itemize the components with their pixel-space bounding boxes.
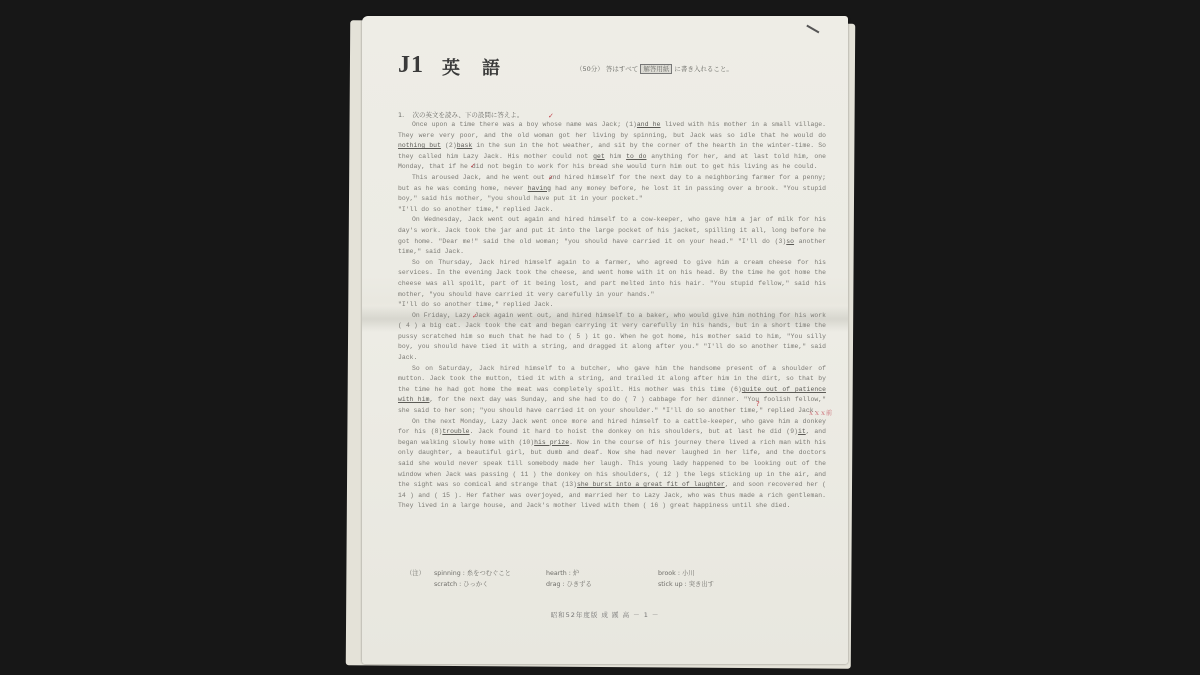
underlined-phrase: his prize (534, 439, 569, 446)
red-question-mark: ? (756, 400, 760, 408)
notes-label: （注） (406, 568, 425, 577)
underlined-phrase: nothing but (398, 142, 441, 149)
note-gloss: 炉 (573, 570, 579, 577)
passage-text: , for the next day was Sunday, and she h… (398, 396, 826, 414)
question-number: 1. (398, 111, 404, 119)
note-entry: brook : 小川 (658, 568, 695, 577)
exam-header: J1 英語 （50分） 答はすべて 解答用紙 に書き入れること。 (398, 52, 838, 82)
passage-text: On Wednesday, Jack went out again and hi… (398, 216, 826, 244)
instruction-prefix: 答はすべて (606, 65, 638, 73)
question-heading: 1. 次の英文を読み、下の設問に答えよ。 (398, 110, 523, 119)
passage-text: So on Thursday, Jack hired himself again… (398, 259, 826, 298)
passage-paragraph: On the next Monday, Lazy Jack went once … (398, 417, 826, 512)
red-check-mark: ✓ (472, 312, 478, 320)
passage-paragraph: This aroused Jack, and he went out and h… (398, 173, 826, 205)
passage-paragraph: On Friday, Lazy Jack again went out, and… (398, 311, 826, 364)
underlined-phrase: and he (637, 121, 661, 128)
passage-paragraph: So on Thursday, Jack hired himself again… (398, 258, 826, 300)
note-gloss: 小川 (682, 570, 695, 577)
note-term: scratch (434, 581, 457, 588)
underlined-phrase: she burst into a great fit of laughter (577, 481, 725, 488)
note-entry: scratch : ひっかく (434, 579, 488, 588)
underlined-phrase: having (528, 185, 551, 192)
reading-passage: Once upon a time there was a boy whose n… (398, 120, 826, 512)
instruction-suffix: に書き入れること。 (674, 65, 733, 73)
answer-sheet-label: 解答用紙 (640, 64, 672, 74)
pen-mark (807, 25, 820, 33)
exam-sheet: J1 英語 （50分） 答はすべて 解答用紙 に書き入れること。 1. 次の英文… (362, 16, 848, 664)
passage-paragraph: On Wednesday, Jack went out again and hi… (398, 215, 826, 257)
note-entry: stick up : 突き出す (658, 579, 714, 588)
note-gloss: 突き出す (689, 581, 714, 588)
red-check-mark: ✓ (548, 112, 554, 120)
passage-text: (2) (441, 142, 457, 149)
passage-paragraph: "I'll do so another time," replied Jack. (398, 300, 826, 311)
passage-text: On Friday, Lazy Jack again went out, and… (398, 312, 826, 361)
note-entry: drag : ひきずる (546, 579, 592, 588)
underlined-phrase: it (798, 428, 806, 435)
underlined-phrase: get (593, 153, 605, 160)
passage-text: Once upon a time there was a boy whose n… (412, 121, 637, 128)
passage-paragraph: So on Saturday, Jack hired himself to a … (398, 364, 826, 417)
exam-code: J1 (398, 52, 424, 79)
vocabulary-notes: （注） spinning : 糸をつむぐこと hearth : 炉 brook … (406, 568, 826, 590)
page-footer: 昭和52年度版 成 蹊 高 － 1 － (362, 610, 848, 619)
red-check-mark: ✓ (548, 174, 554, 182)
note-term: drag (546, 581, 560, 588)
question-prompt: 次の英文を読み、下の設問に答えよ。 (412, 111, 523, 119)
red-check-mark: ✓ (470, 162, 476, 170)
margin-note: ｘｘｘ前 (808, 408, 832, 417)
passage-paragraph: "I'll do so another time," replied Jack. (398, 205, 826, 216)
note-term: brook (658, 570, 676, 577)
note-term: hearth (546, 570, 567, 577)
note-gloss: ひきずる (567, 581, 592, 588)
note-term: stick up (658, 581, 683, 588)
notes-row: （注） spinning : 糸をつむぐこと hearth : 炉 brook … (406, 568, 826, 579)
notes-row: scratch : ひっかく drag : ひきずる stick up : 突き… (406, 579, 826, 590)
passage-paragraph: Once upon a time there was a boy whose n… (398, 120, 826, 173)
underlined-phrase: bask (457, 142, 473, 149)
time-note: （50分） (576, 65, 604, 73)
exam-instructions: （50分） 答はすべて 解答用紙 に書き入れること。 (576, 64, 733, 73)
passage-text: "I'll do so another time," replied Jack. (398, 301, 553, 308)
underlined-phrase: to do (626, 153, 646, 160)
note-gloss: 糸をつむぐこと (467, 570, 511, 577)
note-entry: spinning : 糸をつむぐこと (434, 568, 511, 577)
underlined-phrase: trouble (442, 428, 469, 435)
underlined-phrase: so (786, 238, 794, 245)
passage-text: . Jack found it hard to hoist the donkey… (470, 428, 798, 435)
passage-text: him (605, 153, 626, 160)
passage-text: "I'll do so another time," replied Jack. (398, 206, 553, 213)
note-gloss: ひっかく (463, 581, 488, 588)
note-entry: hearth : 炉 (546, 568, 579, 577)
note-term: spinning (434, 570, 461, 577)
exam-subject: 英語 (442, 54, 522, 80)
